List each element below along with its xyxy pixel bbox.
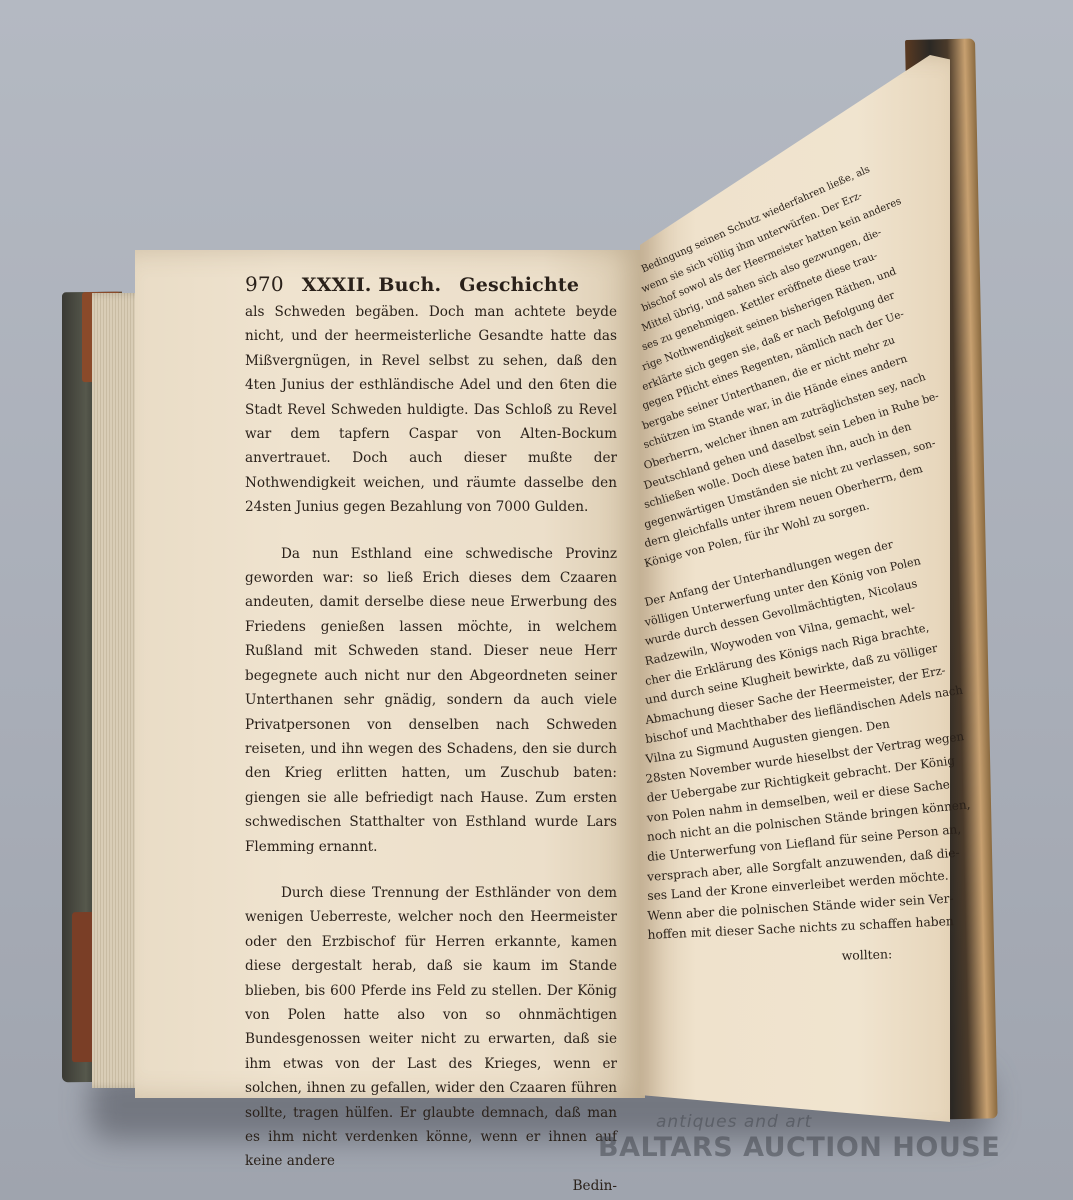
left-page: 970 XXXII. Buch. Geschichte als Schweden… [135, 250, 645, 1098]
watermark-tagline: antiques and art [656, 1112, 812, 1132]
left-paragraph-1: als Schweden begäben. Doch man achtete b… [245, 300, 617, 520]
watermark: antiques and art BALTARS AUCTION HOUSE [598, 1112, 998, 1172]
left-page-number: 970 [245, 272, 284, 296]
left-running-head-book: XXXII. Buch. [302, 274, 442, 296]
right-running-head: von Liefland. 971 [695, 15, 928, 142]
left-catchword: Bedin- [245, 1174, 617, 1198]
right-text-line: wollten: [841, 944, 892, 965]
left-paragraph-2: Da nun Esthland eine schwedische Provinz… [245, 542, 617, 859]
right-page-number: 971 [850, 29, 888, 61]
watermark-brand: BALTARS AUCTION HOUSE [598, 1132, 1000, 1163]
right-page: von Liefland. 971 Bedingung seinen Schut… [640, 55, 950, 1135]
left-page-text-block: 970 XXXII. Buch. Geschichte als Schweden… [245, 272, 617, 1198]
left-running-head-title: Geschichte [459, 274, 579, 296]
left-running-head: 970 XXXII. Buch. Geschichte [245, 272, 617, 296]
left-paragraph-3: Durch diese Trennung der Esthländer von … [245, 881, 617, 1174]
photo-scene: 970 XXXII. Buch. Geschichte als Schweden… [0, 0, 1073, 1200]
right-running-head-title: von Liefland. [695, 79, 800, 142]
